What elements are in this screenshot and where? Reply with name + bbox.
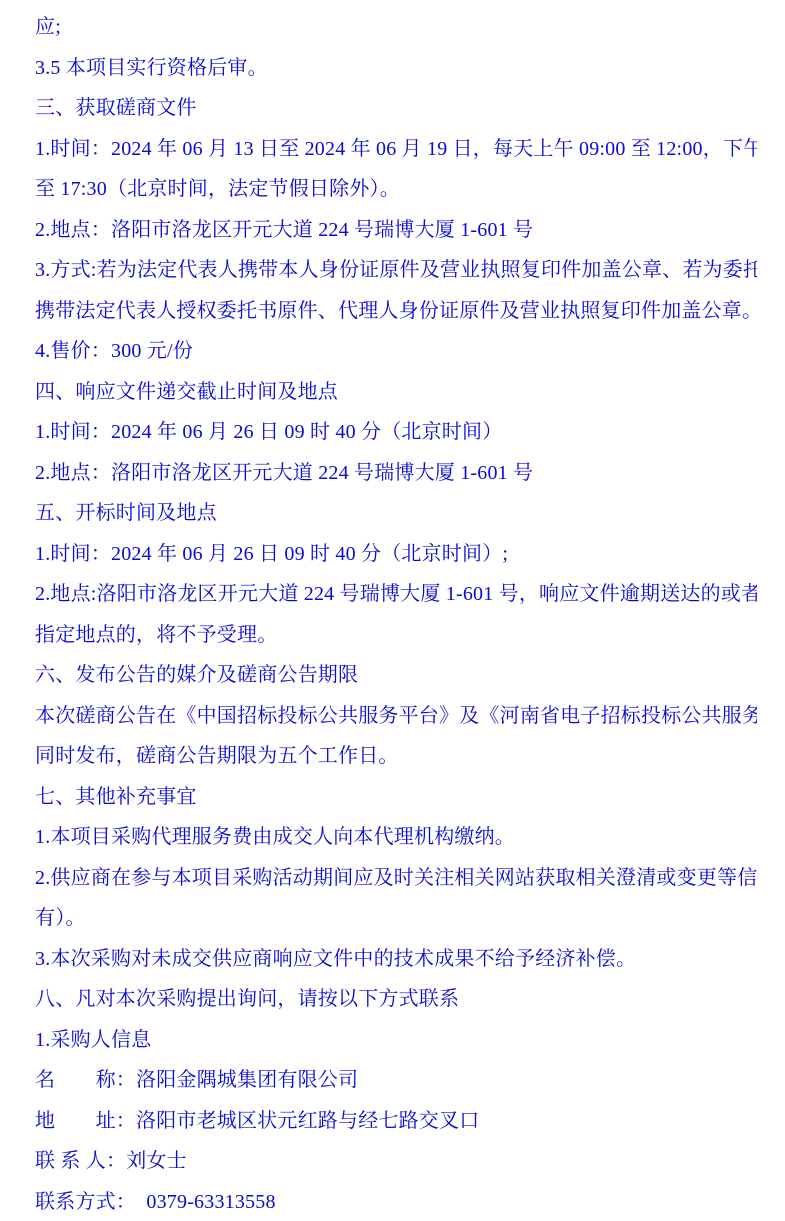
- text-line: 2.地点：洛阳市洛龙区开元大道 224 号瑞博大厦 1-601 号: [35, 210, 757, 251]
- text-line: 2.供应商在参与本项目采购活动期间应及时关注相关网站获取相关澄清或变更等信息（如…: [35, 858, 757, 899]
- document-page: 应;3.5 本项目实行资格后审。三、获取磋商文件1.时间：2024 年 06 月…: [0, 0, 785, 1221]
- text-line: 2.地点：洛阳市洛龙区开元大道 224 号瑞博大厦 1-601 号: [35, 453, 757, 494]
- text-line: 1.采购人信息: [35, 1020, 757, 1061]
- text-line: 4.售价：300 元/份: [35, 331, 757, 372]
- text-line: 应;: [35, 7, 757, 48]
- text-line: 3.本次采购对未成交供应商响应文件中的技术成果不给予经济补偿。: [35, 939, 757, 980]
- text-line: 3.方式:若为法定代表人携带本人身份证原件及营业执照复印件加盖公章、若为委托代理…: [35, 250, 757, 291]
- document-body: 应;3.5 本项目实行资格后审。三、获取磋商文件1.时间：2024 年 06 月…: [35, 7, 757, 1221]
- text-line: 3.5 本项目实行资格后审。: [35, 48, 757, 89]
- text-line: 四、响应文件递交截止时间及地点: [35, 372, 757, 413]
- text-line: 1.时间：2024 年 06 月 26 日 09 时 40 分（北京时间）: [35, 412, 757, 453]
- text-line: 联系方式： 0379-63313558: [35, 1182, 757, 1221]
- text-line: 2.地点:洛阳市洛龙区开元大道 224 号瑞博大厦 1-601 号，响应文件逾期…: [35, 574, 757, 615]
- text-line: 三、获取磋商文件: [35, 88, 757, 129]
- text-line: 同时发布，磋商公告期限为五个工作日。: [35, 736, 757, 777]
- text-line: 携带法定代表人授权委托书原件、代理人身份证原件及营业执照复印件加盖公章。: [35, 291, 757, 332]
- text-line: 六、发布公告的媒介及磋商公告期限: [35, 655, 757, 696]
- text-line: 1.时间：2024 年 06 月 26 日 09 时 40 分（北京时间）;: [35, 534, 757, 575]
- text-line: 五、开标时间及地点: [35, 493, 757, 534]
- text-line: 八、凡对本次采购提出询问，请按以下方式联系: [35, 979, 757, 1020]
- text-line: 有）。: [35, 898, 757, 939]
- text-line: 1.本项目采购代理服务费由成交人向本代理机构缴纳。: [35, 817, 757, 858]
- text-line: 1.时间：2024 年 06 月 13 日至 2024 年 06 月 19 日，…: [35, 129, 757, 170]
- text-line: 联 系 人：刘女士: [35, 1141, 757, 1182]
- text-line: 至 17:30（北京时间，法定节假日除外）。: [35, 169, 757, 210]
- text-line: 指定地点的，将不予受理。: [35, 615, 757, 656]
- text-line: 地 址：洛阳市老城区状元红路与经七路交叉口: [35, 1101, 757, 1142]
- text-line: 名 称：洛阳金隅城集团有限公司: [35, 1060, 757, 1101]
- text-line: 七、其他补充事宜: [35, 777, 757, 818]
- text-line: 本次磋商公告在《中国招标投标公共服务平台》及《河南省电子招标投标公共服务平台》上: [35, 696, 757, 737]
